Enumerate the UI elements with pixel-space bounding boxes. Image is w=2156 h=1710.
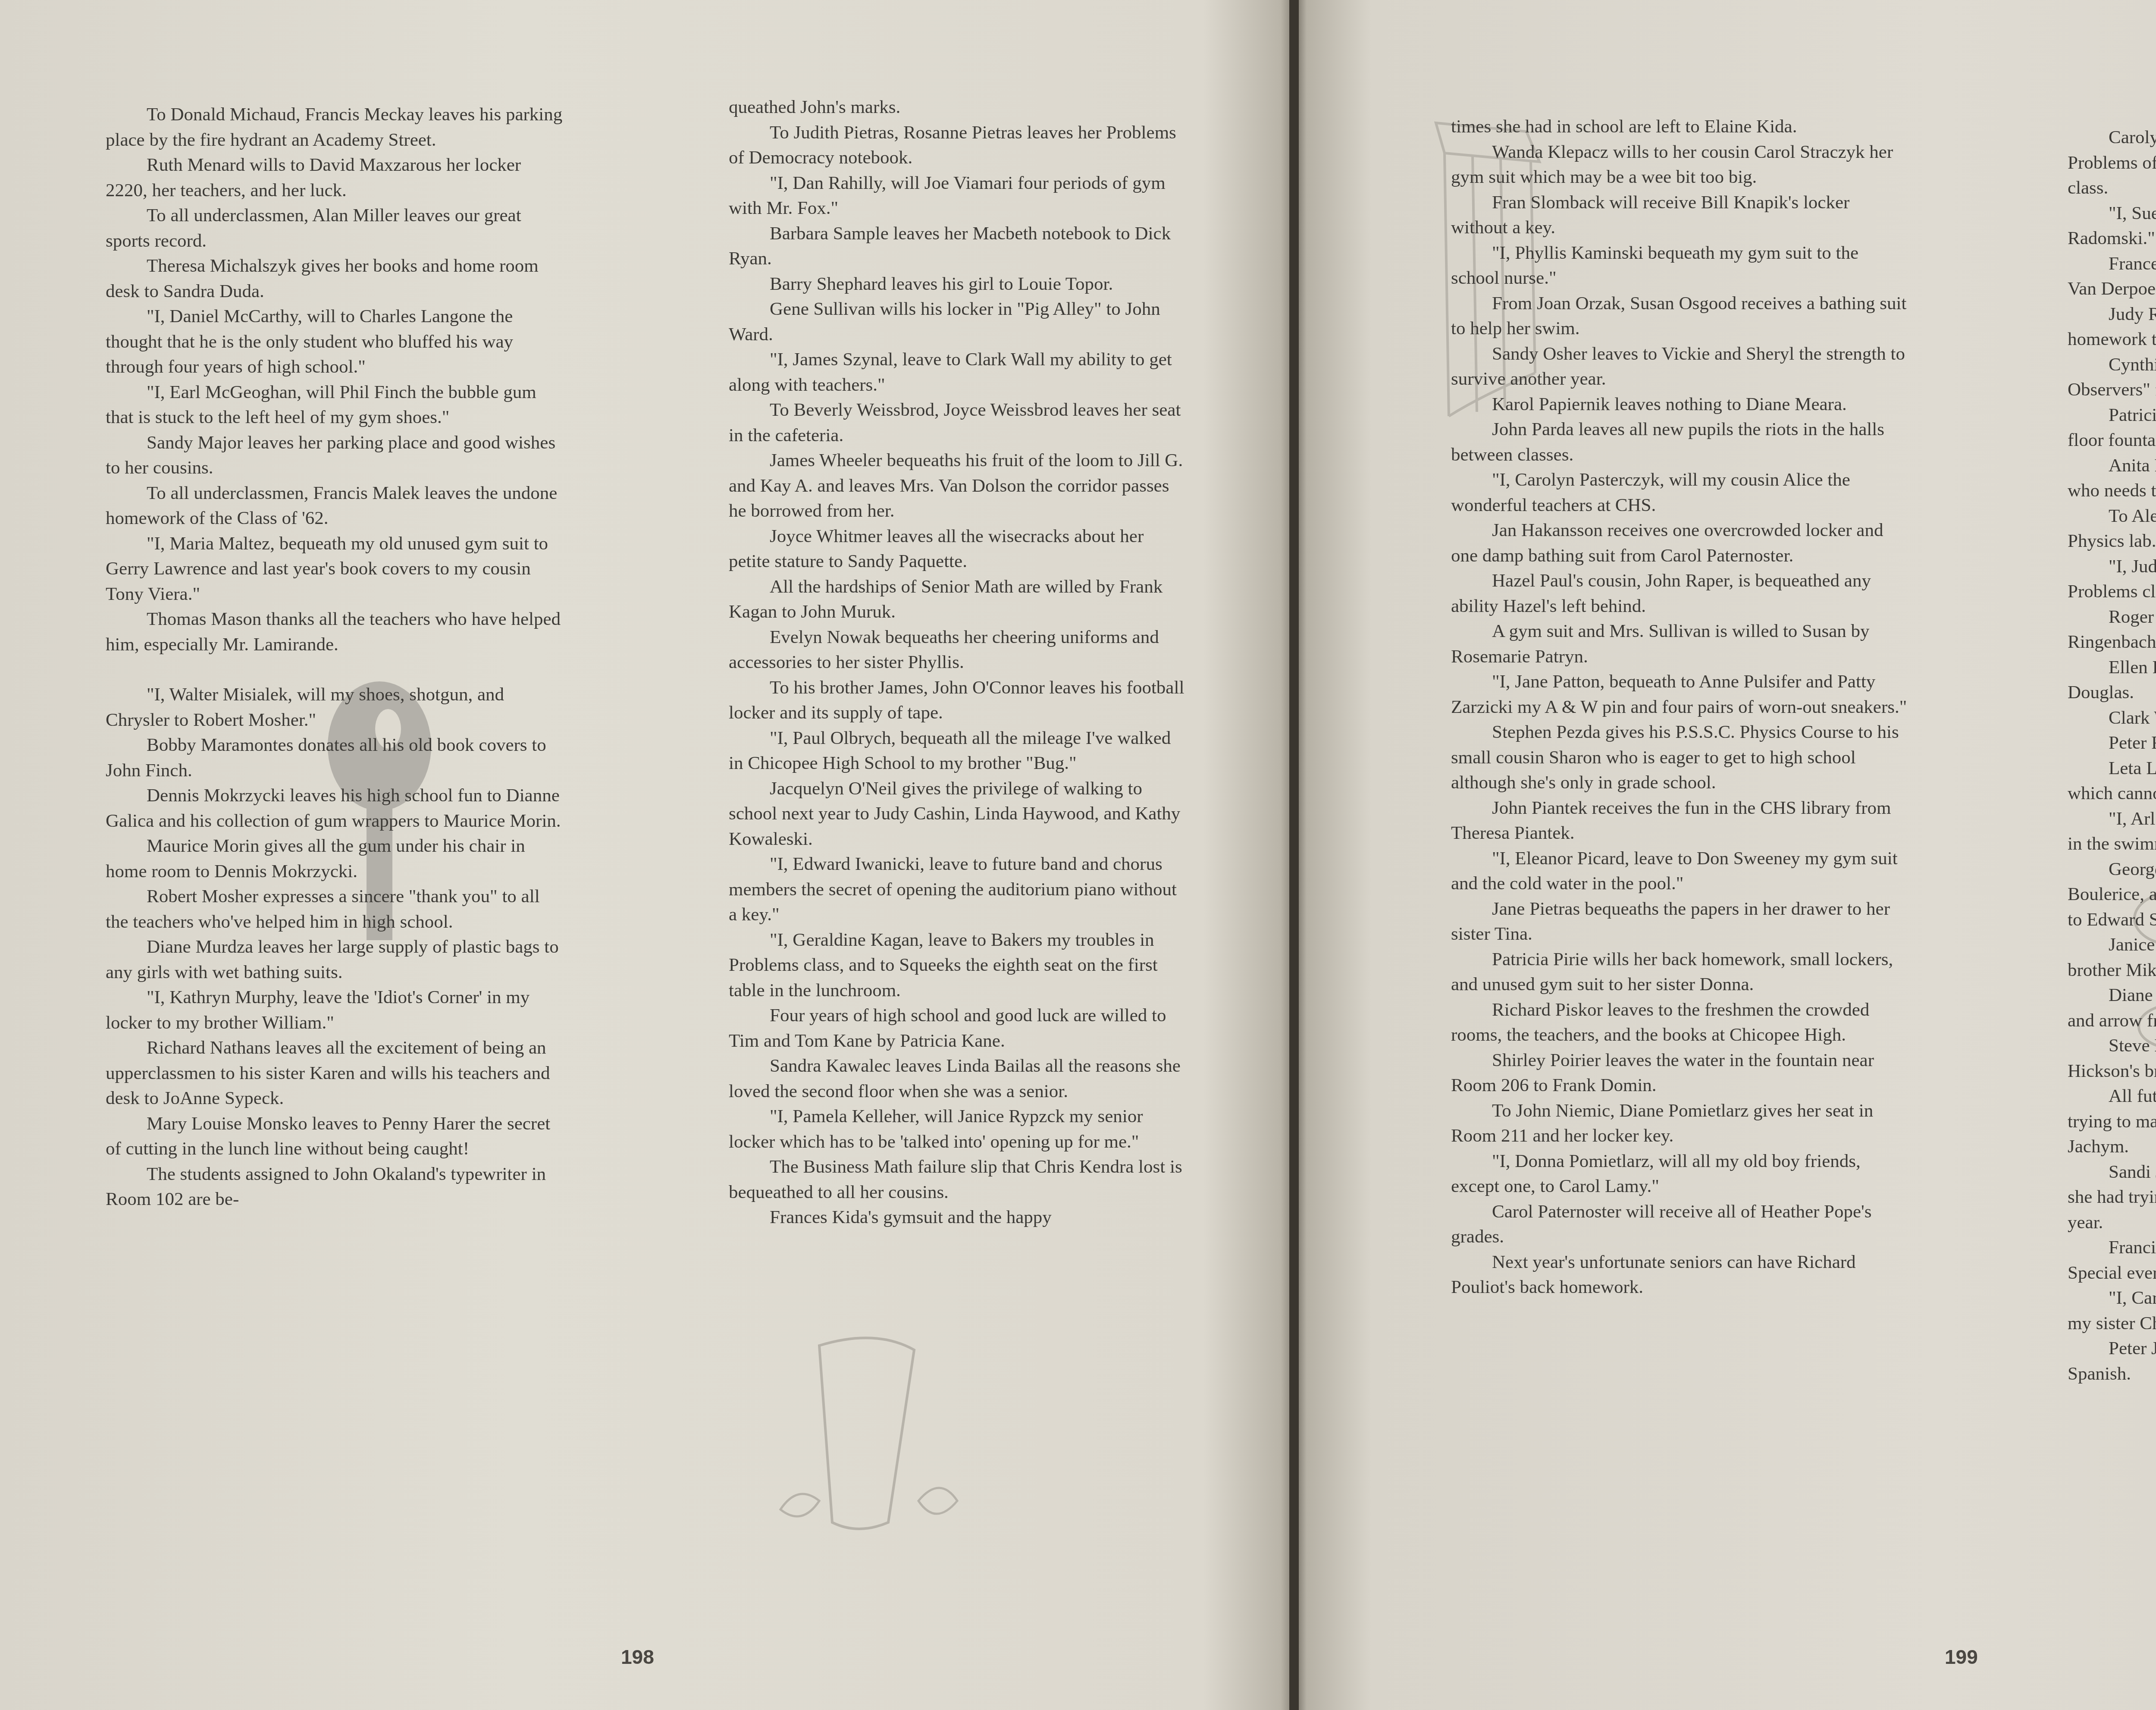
paragraph: Sandy Major leaves her parking place and… (106, 430, 563, 481)
paragraph: "I, Donna Pomietlarz, will all my old bo… (1451, 1149, 1908, 1199)
paragraph: From Joan Orzak, Susan Osgood receives a… (1451, 291, 1908, 342)
column-3: times she had in school are left to Elai… (1451, 114, 1908, 1300)
paragraph: Fran Slomback will receive Bill Knapik's… (1451, 190, 1908, 241)
paragraph: "I, Walter Misialek, will my shoes, shot… (106, 682, 563, 733)
paragraph: Barbara Sample leaves her Macbeth notebo… (729, 221, 1186, 272)
paragraph: All the hardships of Senior Math are wil… (729, 574, 1186, 625)
column-2: queathed John's marks. To Judith Pietras… (729, 95, 1186, 1230)
page-number-left: 198 (621, 1645, 654, 1669)
paragraph: Carol Paternoster will receive all of He… (1451, 1199, 1908, 1250)
paragraph: Peter Jez leaves Teddy Jez all his knowl… (2068, 1336, 2156, 1387)
paragraph: To his brother James, John O'Connor leav… (729, 675, 1186, 726)
paragraph: Jan Hakansson receives one overcrowded l… (1451, 518, 1908, 568)
paragraph: To Beverly Weissbrod, Joyce Weissbrod le… (729, 398, 1186, 448)
paragraph: Frances Kida's gymsuit and the happy (729, 1205, 1186, 1230)
paragraph: Evelyn Nowak bequeaths her cheering unif… (729, 625, 1186, 675)
paragraph: "I, Maria Maltez, bequeath my old unused… (106, 531, 563, 607)
glass-sketch-icon (733, 1320, 975, 1544)
paragraph: Roger Ringenbach leaves his Problems boo… (2068, 605, 2156, 655)
paragraph: Shirley Poirier leaves the water in the … (1451, 1048, 1908, 1098)
paragraph: Diane Williamson will receive Marilyn Ro… (2068, 983, 2156, 1033)
paragraph: Steve Bigda and John Watson are to recei… (2068, 1033, 2156, 1084)
paragraph: queathed John's marks. (729, 95, 1186, 120)
paragraph: Patricia Pirie wills her back homework, … (1451, 947, 1908, 998)
paragraph: Diane Murdza leaves her large supply of … (106, 935, 563, 985)
paragraph: Richard Piskor leaves to the freshmen th… (1451, 998, 1908, 1048)
paragraph: Frances Radwanski gives her trampoline s… (2068, 251, 2156, 302)
paragraph: Sandra Kawalec leaves Linda Bailas all t… (729, 1054, 1186, 1104)
book-spine (1289, 0, 1299, 1710)
paragraph: Clark Wall will receive Billy Richardson… (2068, 706, 2156, 731)
paragraph: Thomas Mason thanks all the teachers who… (106, 607, 563, 657)
paragraph: Patricia Noga will receive the cold wate… (2068, 403, 2156, 453)
paragraph: "I, Sue Radomski, leave my graduation da… (2068, 201, 2156, 251)
paragraph: "I, Carole Jendrysik, will my World Hist… (2068, 1286, 2156, 1336)
paragraph: Barry Shephard leaves his girl to Louie … (729, 272, 1186, 297)
paragraph: Robert Mosher expresses a sincere "thank… (106, 884, 563, 935)
paragraph: Ellen Robertson bequeaths her gym locker… (2068, 655, 2156, 706)
paragraph: To Judith Pietras, Rosanne Pietras leave… (729, 120, 1186, 171)
paragraph: "I, Arleen Roy, give my sister Jeanne th… (2068, 806, 2156, 857)
paragraph: "I, Daniel McCarthy, will to Charles Lan… (106, 304, 563, 380)
paragraph: "I, Jane Patton, bequeath to Anne Pulsif… (1451, 669, 1908, 720)
paragraph: Wanda Klepacz wills to her cousin Carol … (1451, 140, 1908, 190)
paragraph: Janice Roy leaves her boyfriend's brothe… (2068, 932, 2156, 983)
left-page: To Donald Michaud, Francis Meckay leaves… (0, 0, 1294, 1710)
paragraph: "I, Pamela Kelleher, will Janice Rypzck … (729, 1104, 1186, 1155)
paragraph: "I, Earl McGeoghan, will Phil Finch the … (106, 380, 563, 430)
paragraph: Carolyn Prystupa's sister Judy is willed… (2068, 125, 2156, 201)
paragraph: "I, Dan Rahilly, will Joe Viamari four p… (729, 171, 1186, 221)
paragraph: Francis Jazab is left Carol Jazab's seat… (2068, 1235, 2156, 1286)
paragraph: Peter Rockwal wills his combat boots to … (2068, 731, 2156, 756)
paragraph: Leta Loncrini is bequeathed Patricia Rot… (2068, 756, 2156, 806)
paragraph: Maurice Morin gives all the gum under hi… (106, 834, 563, 884)
paragraph: Gene Sullivan wills his locker in "Pig A… (729, 297, 1186, 347)
paragraph: Dennis Mokrzycki leaves his high school … (106, 783, 563, 834)
paragraph: "I, James Szynal, leave to Clark Wall my… (729, 347, 1186, 398)
paragraph: Anita Ricardi leaves her last two years … (2068, 453, 2156, 504)
paragraph: All future CHS'ers are willed the woes a… (2068, 1084, 2156, 1160)
paragraph: "I, Kathryn Murphy, leave the 'Idiot's C… (106, 985, 563, 1035)
paragraph: times she had in school are left to Elai… (1451, 114, 1908, 140)
paragraph: Ruth Menard wills to David Maxzarous her… (106, 153, 563, 203)
paragraph: James Wheeler bequeaths his fruit of the… (729, 448, 1186, 524)
paragraph: Bobby Maramontes donates all his old boo… (106, 733, 563, 783)
paragraph: Karol Papiernik leaves nothing to Diane … (1451, 392, 1908, 417)
paragraph: Joyce Whitmer leaves all the wisecracks … (729, 524, 1186, 574)
paragraph: Four years of high school and good luck … (729, 1003, 1186, 1054)
paragraph: Richard Nathans leaves all the excitemen… (106, 1035, 563, 1111)
paragraph: John Parda leaves all new pupils the rio… (1451, 417, 1908, 468)
paragraph: Hazel Paul's cousin, John Raper, is bequ… (1451, 568, 1908, 619)
paragraph: To all underclassmen, Francis Malek leav… (106, 481, 563, 531)
column-1: To Donald Michaud, Francis Meckay leaves… (106, 102, 563, 1212)
right-page: times she had in school are left to Elai… (1294, 0, 2156, 1710)
paragraph: A gym suit and Mrs. Sullivan is willed t… (1451, 619, 1908, 669)
paragraph: "I, Carolyn Pasterczyk, will my cousin A… (1451, 468, 1908, 518)
paragraph: Theresa Michalszyk gives her books and h… (106, 254, 563, 304)
paragraph: Stephen Pezda gives his P.S.S.C. Physics… (1451, 720, 1908, 796)
paragraph: George Roy wills his used decks of cards… (2068, 857, 2156, 933)
paragraph: Sandi James bequeaths all future seniors… (2068, 1160, 2156, 1236)
paragraph: "I, Eleanor Picard, leave to Don Sweeney… (1451, 846, 1908, 897)
paragraph: To Donald Michaud, Francis Meckay leaves… (106, 102, 563, 153)
paragraph: "I, Geraldine Kagan, leave to Bakers my … (729, 928, 1186, 1004)
paragraph: The Business Math failure slip that Chri… (729, 1155, 1186, 1205)
paragraph: Next year's unfortunate seniors can have… (1451, 1250, 1908, 1300)
paragraph: Cynthia Rec joyfully leaves all her "Ame… (2068, 352, 2156, 403)
paragraph: To Alex Vyce, James Richards leaves his … (2068, 504, 2156, 554)
paragraph: Judy Rapa bequeaths her gym suit and unf… (2068, 302, 2156, 352)
paragraph: "I, Judith Riley, bequeath my seat in Mi… (2068, 554, 2156, 605)
column-4: Carolyn Prystupa's sister Judy is willed… (2068, 125, 2156, 1387)
paragraph: Mary Louise Monsko leaves to Penny Harer… (106, 1111, 563, 1162)
paragraph: To John Niemic, Diane Pomietlarz gives h… (1451, 1098, 1908, 1149)
page-number-right: 199 (1945, 1645, 1978, 1669)
paragraph: John Piantek receives the fun in the CHS… (1451, 796, 1908, 846)
paragraph: Jane Pietras bequeaths the papers in her… (1451, 897, 1908, 947)
paragraph: To all underclassmen, Alan Miller leaves… (106, 203, 563, 254)
paragraph: "I, Phyllis Kaminski bequeath my gym sui… (1451, 241, 1908, 291)
paragraph: "I, Paul Olbrych, bequeath all the milea… (729, 726, 1186, 776)
paragraph: Sandy Osher leaves to Vickie and Sheryl … (1451, 342, 1908, 392)
paragraph: "I, Edward Iwanicki, leave to future ban… (729, 852, 1186, 928)
paragraph: The students assigned to John Okaland's … (106, 1162, 563, 1212)
paragraph: Jacquelyn O'Neil gives the privilege of … (729, 776, 1186, 852)
